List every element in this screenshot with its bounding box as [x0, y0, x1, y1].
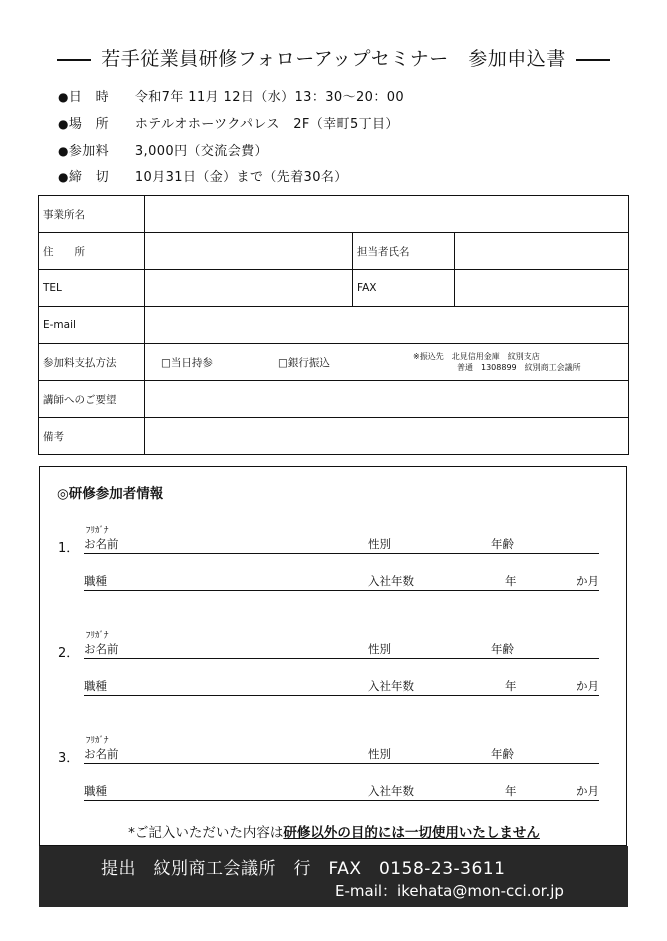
participant-number: 3．	[58, 747, 79, 766]
bank-line-2: 普通 1308899 紋別商工会議所	[413, 362, 581, 373]
payment-option-onsite[interactable]: □当日持参	[161, 355, 266, 370]
info-label: 場 所	[69, 113, 135, 132]
page-title: 若手従業員研修フォローアップセミナー 参加申込書	[0, 44, 667, 71]
bank-info: ※振込先 北見信用金庫 紋別支店 普通 1308899 紋別商工会議所	[413, 351, 581, 373]
remarks-field[interactable]	[145, 418, 629, 455]
info-label: 参加料	[69, 140, 135, 159]
info-value: 3,000円（交流会費）	[135, 144, 268, 159]
payment-option-bank[interactable]: □銀行振込	[278, 355, 383, 370]
name-line[interactable]: お名前 性別 年齢	[84, 642, 599, 659]
info-value: 令和7年 11月 12日（水）13：30～20：00	[135, 90, 404, 105]
name-label: お名前	[84, 641, 119, 657]
address-field[interactable]	[145, 233, 353, 270]
job-label: 職種	[84, 783, 107, 799]
fax-field[interactable]	[455, 270, 629, 307]
office-field[interactable]	[145, 196, 629, 233]
tel-field[interactable]	[145, 270, 353, 307]
address-label: 住 所	[39, 233, 145, 270]
payment-label: 参加料支払方法	[39, 344, 145, 381]
info-value: 10月31日（金）まで（先着30名）	[135, 170, 348, 185]
email-label: E-mail	[39, 307, 145, 344]
tel-label: TEL	[39, 270, 145, 307]
info-label: 日 時	[69, 86, 135, 105]
bullet-icon: ●	[58, 117, 69, 131]
year-unit: 年	[505, 573, 517, 589]
contact-label: 担当者氏名	[353, 233, 455, 270]
privacy-note: *ご記入いただいた内容は研修以外の目的には一切使用いたしません	[40, 821, 628, 841]
month-unit: か月	[576, 783, 599, 799]
age-label: 年齢	[491, 746, 514, 762]
info-label: 締 切	[69, 166, 135, 185]
name-line[interactable]: お名前 性別 年齢	[84, 537, 599, 554]
years-label: 入社年数	[368, 783, 414, 799]
age-label: 年齢	[491, 641, 514, 657]
name-line[interactable]: お名前 性別 年齢	[84, 747, 599, 764]
month-unit: か月	[576, 573, 599, 589]
note-prefix: *ご記入いただいた内容は	[128, 825, 283, 841]
info-fee: ●参加料3,000円（交流会費）	[58, 140, 268, 159]
remarks-label: 備考	[39, 418, 145, 455]
gender-label: 性別	[368, 536, 391, 552]
request-label: 講師へのご要望	[39, 381, 145, 418]
years-label: 入社年数	[368, 678, 414, 694]
participants-section: ◎研修参加者情報 ﾌﾘｶﾞﾅ 1． お名前 性別 年齢 職種 入社年数 年 か月…	[39, 466, 627, 846]
furigana-label: ﾌﾘｶﾞﾅ	[86, 523, 109, 536]
note-emphasis: 研修以外の目的には一切使用いたしません	[283, 825, 540, 841]
age-label: 年齢	[491, 536, 514, 552]
title-text: 若手従業員研修フォローアップセミナー 参加申込書	[101, 48, 566, 70]
application-form-table: 事業所名 住 所 担当者氏名 TEL FAX E-mail 参加料支払方法 □当…	[38, 195, 629, 455]
email-field[interactable]	[145, 307, 629, 344]
office-label: 事業所名	[39, 196, 145, 233]
info-deadline: ●締 切10月31日（金）まで（先着30名）	[58, 166, 348, 185]
job-line[interactable]: 職種 入社年数 年 か月	[84, 574, 599, 591]
job-line[interactable]: 職種 入社年数 年 か月	[84, 784, 599, 801]
year-unit: 年	[505, 783, 517, 799]
participant-number: 2．	[58, 642, 79, 661]
bullet-icon: ●	[58, 170, 69, 184]
contact-field[interactable]	[455, 233, 629, 270]
job-label: 職種	[84, 678, 107, 694]
bullet-icon: ●	[58, 90, 69, 104]
gender-label: 性別	[368, 641, 391, 657]
fax-label: FAX	[353, 270, 455, 307]
request-field[interactable]	[145, 381, 629, 418]
info-value: ホテルオホーツクパレス 2F（幸町5丁目）	[135, 117, 399, 132]
month-unit: か月	[576, 678, 599, 694]
participant-number: 1．	[58, 537, 79, 556]
payment-cell: □当日持参 □銀行振込 ※振込先 北見信用金庫 紋別支店 普通 1308899 …	[145, 344, 629, 381]
bullet-icon: ●	[58, 144, 69, 158]
furigana-label: ﾌﾘｶﾞﾅ	[86, 733, 109, 746]
job-line[interactable]: 職種 入社年数 年 か月	[84, 679, 599, 696]
info-venue: ●場 所ホテルオホーツクパレス 2F（幸町5丁目）	[58, 113, 399, 132]
years-label: 入社年数	[368, 573, 414, 589]
submission-footer: 提出 紋別商工会議所 行 FAX 0158-23-3611 E-mail：ike…	[39, 846, 628, 907]
job-label: 職種	[84, 573, 107, 589]
name-label: お名前	[84, 536, 119, 552]
year-unit: 年	[505, 678, 517, 694]
name-label: お名前	[84, 746, 119, 762]
participants-heading: ◎研修参加者情報	[57, 482, 163, 502]
footer-fax: 提出 紋別商工会議所 行 FAX 0158-23-3611	[101, 854, 505, 879]
title-dash-left	[57, 59, 91, 61]
bank-line-1: ※振込先 北見信用金庫 紋別支店	[413, 351, 581, 362]
info-date: ●日 時令和7年 11月 12日（水）13：30～20：00	[58, 86, 404, 105]
title-dash-right	[576, 59, 610, 61]
furigana-label: ﾌﾘｶﾞﾅ	[86, 628, 109, 641]
footer-email[interactable]: E-mail：ikehata@mon-cci.or.jp	[335, 880, 564, 901]
gender-label: 性別	[368, 746, 391, 762]
